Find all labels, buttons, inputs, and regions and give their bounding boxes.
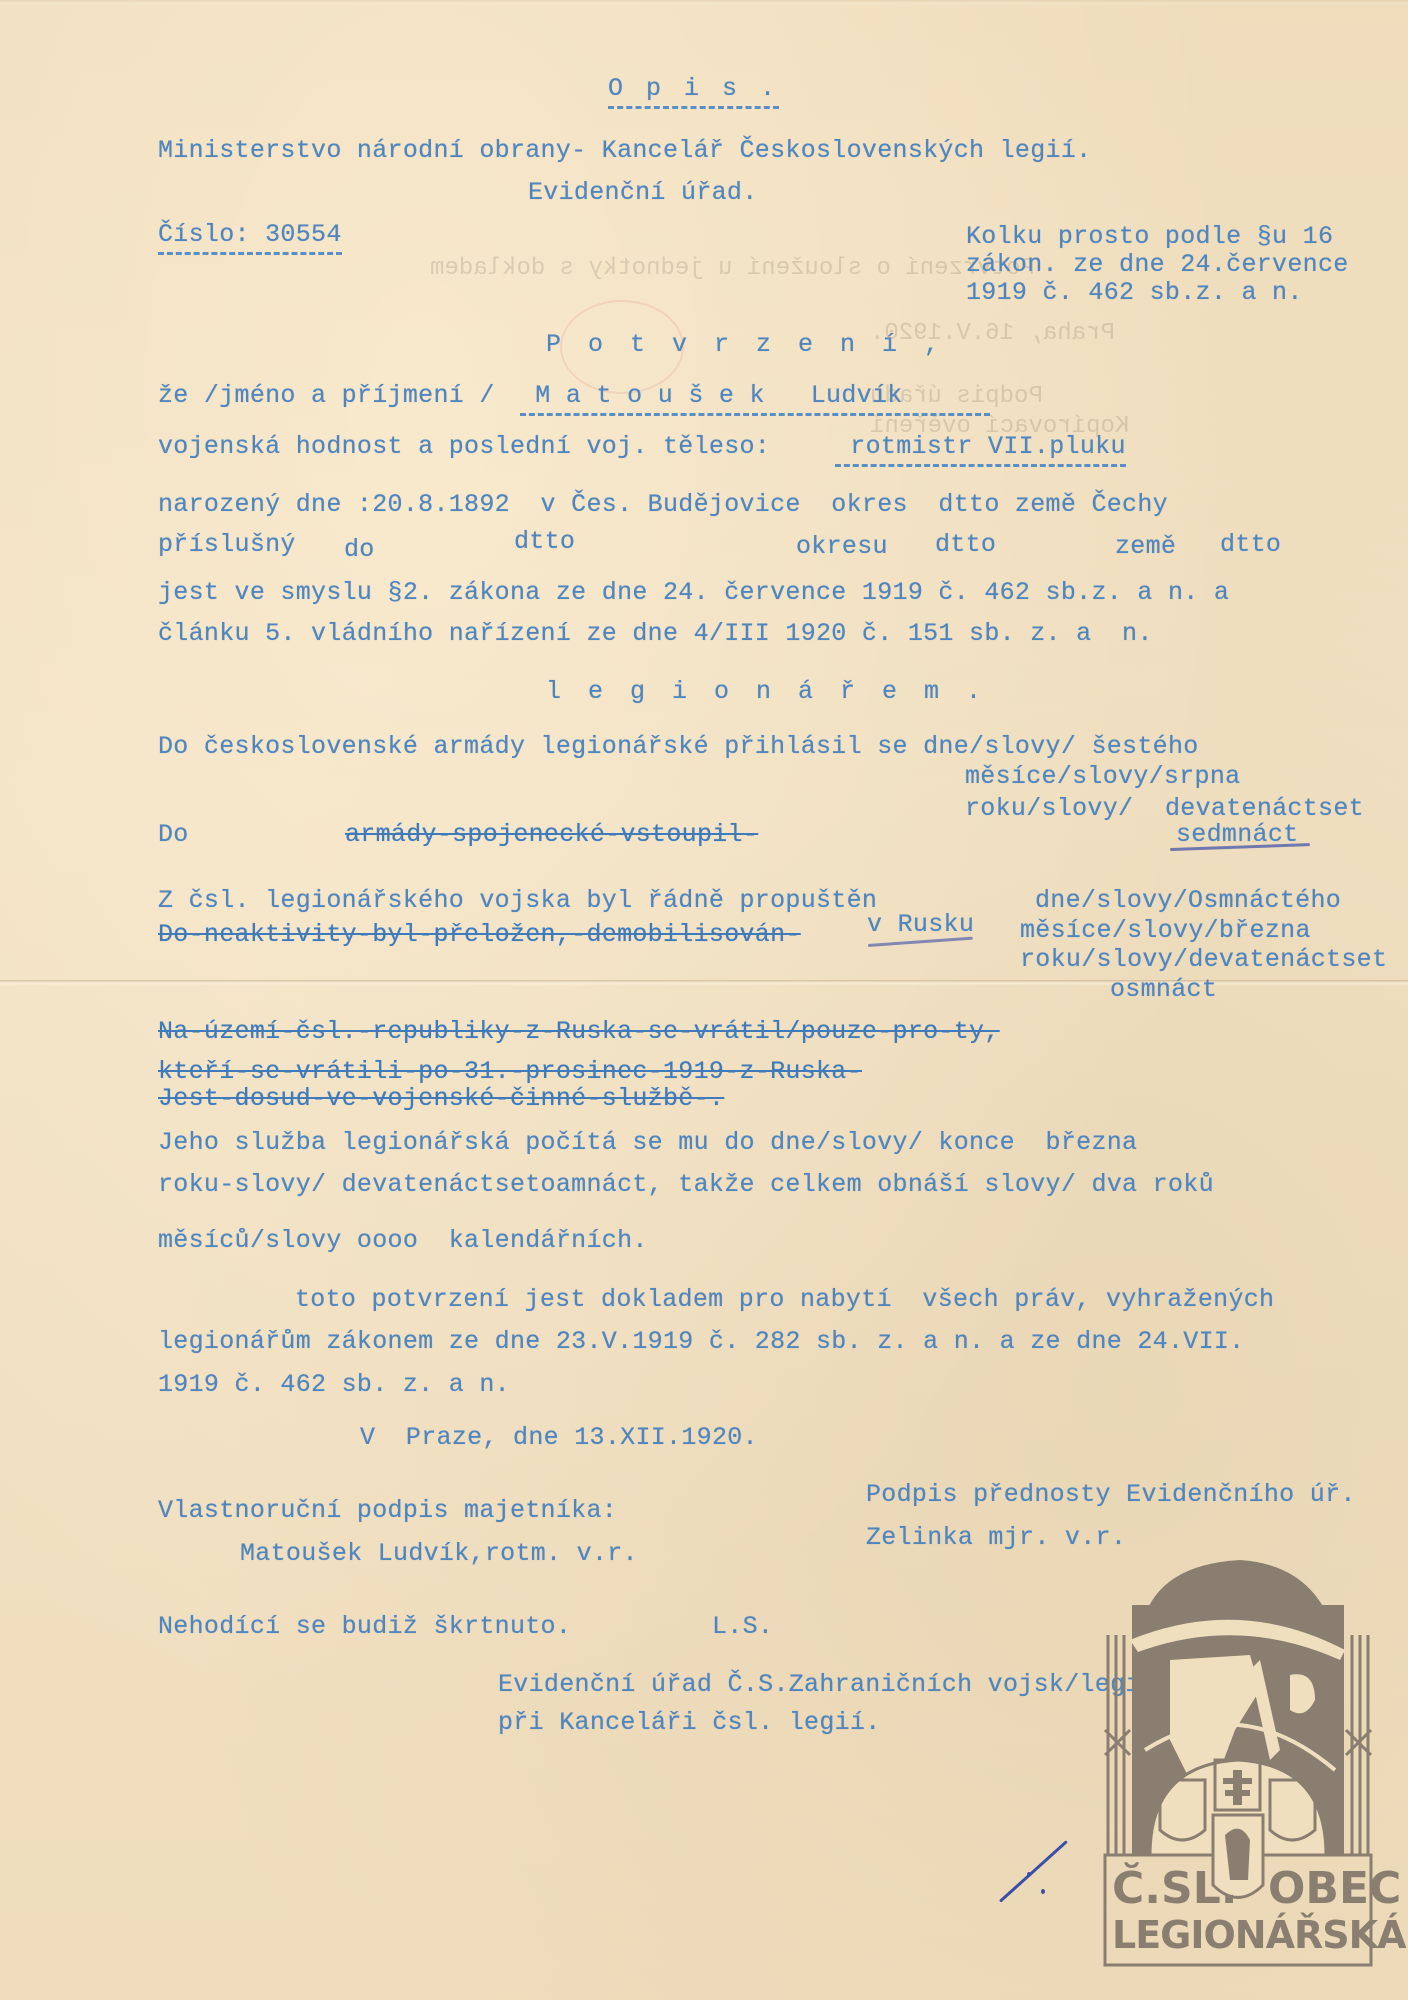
domicile-obec: dtto <box>514 527 575 557</box>
domicile-zeme: dtto <box>1220 530 1281 560</box>
enlistment-month: měsíce/slovy/srpna <box>965 762 1240 792</box>
discharge-line: Z čsl. legionářského vojska byl řádně pr… <box>158 886 877 916</box>
office-footer: při Kanceláři čsl. legií. <box>498 1708 881 1738</box>
domicile-okresu: dtto <box>935 530 996 560</box>
discharge-day: dne/slovy/Osmnáctého <box>1035 886 1341 916</box>
domicile-label: příslušný <box>158 530 296 560</box>
allied-struck-text: armády-spojenecké-vstoupil- <box>345 820 758 850</box>
rank-label: vojenská hodnost a poslední voj. těleso: <box>158 432 770 462</box>
logo-text-csl: C̆.SL. <box>1112 1863 1237 1914</box>
status-heading: l e g i o n á ř e m . <box>546 677 987 707</box>
discharge-struck-text: Do-neaktivity-byl-přeložen,-demobilisová… <box>158 920 801 950</box>
strike-note: Nehodící se budiž škrtnuto. <box>158 1612 571 1642</box>
enlistment-line: Do československé armády legionářské při… <box>158 732 1199 762</box>
ministry-name: Ministerstvo národní obrany- Kancelář Če… <box>158 136 1091 166</box>
struck-active-service-line: Jest-dosud-ve-vojenské-činné-službě-. <box>158 1084 724 1114</box>
law-reference: článku 5. vládního nařízení ze dne 4/III… <box>158 619 1153 649</box>
struck-return-line: Na-území-čsl.-republiky-z-Ruska-se-vráti… <box>158 1017 1000 1047</box>
service-duration: Jeho služba legionářská počítá se mu do … <box>158 1128 1137 1158</box>
pen-checkmark <box>999 1840 1068 1902</box>
pen-dot <box>1041 1889 1045 1894</box>
stamp-exemption-note: Kolku prosto podle §u 16 <box>966 222 1333 252</box>
confirmation-heading: P o t v r z e n í , <box>546 330 945 360</box>
discharge-year2: osmnáct <box>1110 975 1217 1005</box>
struck-return-line: kteří-se-vrátili-po-31.-prosinec-1919-z-… <box>158 1057 862 1087</box>
paper-fold <box>0 0 1408 6</box>
service-duration: měsíců/slovy oooo kalendářních. <box>158 1226 648 1256</box>
discharge-location: v Rusku <box>867 910 974 940</box>
owner-signature-name: Matoušek Ludvík,rotm. v.r. <box>240 1539 638 1569</box>
logo-text-obec: OBEC <box>1268 1863 1401 1914</box>
stamp-exemption-note: 1919 č. 462 sb.z. a n. <box>966 278 1303 308</box>
stamp-exemption-note: zákon. ze dne 24.července <box>966 250 1349 280</box>
pen-dot <box>1027 1872 1031 1877</box>
domicile-do: do <box>344 535 375 565</box>
document-number: Číslo: 30554 <box>158 220 342 255</box>
allied-prefix: Do <box>158 820 189 850</box>
bleed-through-text: Potvrzení o sloužení u jednotky s doklad… <box>430 255 1035 282</box>
document-title: O p i s . <box>608 74 779 109</box>
seal-mark: L.S. <box>712 1612 773 1642</box>
validity-paragraph: toto potvrzení jest dokladem pro nabytí … <box>295 1285 1274 1315</box>
law-reference: jest ve smyslu §2. zákona ze dne 24. čer… <box>158 578 1229 608</box>
domicile-okresu-label: okresu <box>796 532 888 562</box>
logo-text-legionarska: LEGIONÁŘSKÁ <box>1112 1913 1406 1957</box>
legionary-community-logo: C̆.SL. OBEC LEGIONÁŘSKÁ <box>1100 1560 1376 1970</box>
rank-value: rotmistr VII.pluku <box>835 432 1126 467</box>
domicile-zeme-label: země <box>1115 532 1176 562</box>
chief-signature-label: Podpis přednosty Evidenčního úř. <box>866 1480 1356 1510</box>
name-label: že /jméno a příjmení / <box>158 381 495 411</box>
validity-paragraph: legionářům zákonem ze dne 23.V.1919 č. 2… <box>158 1327 1244 1357</box>
place-and-date: V Praze, dne 13.XII.1920. <box>360 1423 758 1453</box>
name-value: M a t o u š e k Ludvík <box>520 381 990 416</box>
chief-signature-name: Zelinka mjr. v.r. <box>866 1523 1126 1553</box>
discharge-year: roku/slovy/devatenáctset <box>1020 945 1387 975</box>
office-name: Evidenční úřad. <box>528 178 758 208</box>
discharge-month: měsíce/slovy/března <box>1020 916 1311 946</box>
service-duration: roku-slovy/ devatenáctsetoamnáct, takže … <box>158 1170 1214 1200</box>
birth-line: narozený dne :20.8.1892 v Čes. Budějovic… <box>158 490 1168 520</box>
validity-paragraph: 1919 č. 462 sb. z. a n. <box>158 1370 510 1400</box>
office-footer: Evidenční úřad Č.S.Zahraničních vojsk/le… <box>498 1670 1171 1700</box>
enlistment-year-label: roku/slovy/ <box>965 794 1133 824</box>
owner-signature-label: Vlastnoruční podpis majetníka: <box>158 1496 617 1526</box>
